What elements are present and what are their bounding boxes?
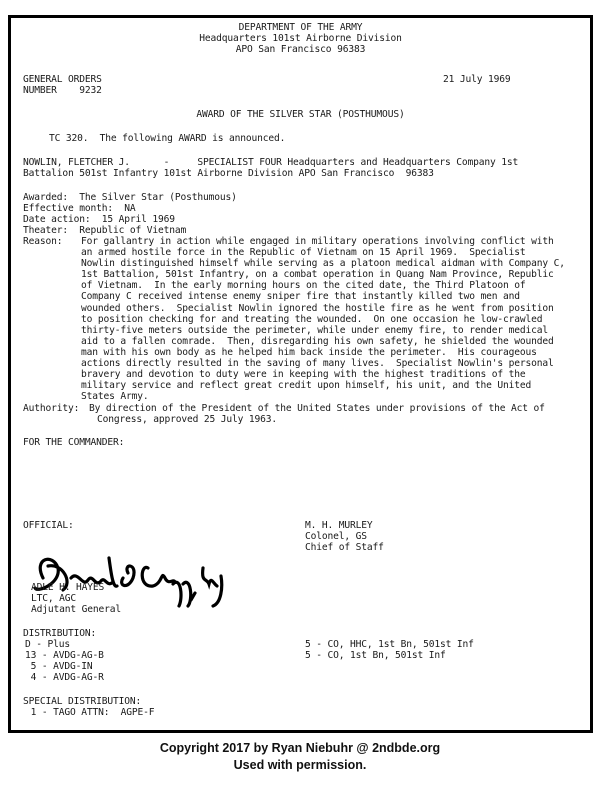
reason-line: of Vietnam. In the early morning hours o… [81,280,581,291]
general-orders-document: DEPARTMENT OF THE ARMY Headquarters 101s… [8,15,593,733]
theater-field: Theater: Republic of Vietnam [23,225,186,236]
special-distribution-label: SPECIAL DISTRIBUTION: [23,696,141,707]
reason-line: bravery and devotion to duty were in kee… [81,369,581,380]
reason-line: States Army. [81,391,581,402]
reason-text: For gallantry in action while engaged in… [81,236,581,402]
reason-label: Reason: [23,236,62,247]
distribution-right-1: 5 - CO, HHC, 1st Bn, 501st Inf [305,639,474,650]
reason-line: Company C received intense enemy sniper … [81,291,581,302]
announcement: TC 320. The following AWARD is announced… [49,133,285,144]
reason-line: man with his own body as he helped him b… [81,347,581,358]
official-label: OFFICIAL: [23,520,74,531]
authority-line-1: By direction of the President of the Uni… [89,403,545,414]
reason-line: an armed hostile force in the Republic o… [81,247,581,258]
for-the-commander: FOR THE COMMANDER: [23,437,124,448]
date-action-field: Date action: 15 April 1969 [23,214,175,225]
reason-line: thirty-five meters outside the perimeter… [81,325,581,336]
reason-line: aid to a fallen comrade. Then, disregard… [81,336,581,347]
awarded-field: Awarded: The Silver Star (Posthumous) [23,192,237,203]
general-orders-label: GENERAL ORDERS [23,74,102,85]
recipient-line-1: NOWLIN, FLETCHER J. - SPECIALIST FOUR He… [23,157,518,168]
reason-line: Nowlin distinguished himself while servi… [81,258,581,269]
order-date: 21 July 1969 [443,74,511,85]
distribution-left-1: D - Plus [25,639,70,650]
reason-line: For gallantry in action while engaged in… [81,236,581,247]
distribution-label: DISTRIBUTION: [23,628,96,639]
effective-month-field: Effective month: NA [23,203,136,214]
distribution-left-3: 5 - AVDG-IN [25,661,93,672]
distribution-left-4: 4 - AVDG-AG-R [25,672,104,683]
authority-line-2: Congress, approved 25 July 1963. [97,414,277,425]
reason-line: actions directly resulted in the saving … [81,358,581,369]
chief-rank: Colonel, GS [305,531,367,542]
chief-title: Chief of Staff [305,542,384,553]
adjutant-rank: LTC, AGC [31,593,76,604]
reason-line: to position checking for and treating th… [81,314,581,325]
header-headquarters: Headquarters 101st Airborne Division [11,33,590,44]
reason-line: 1st Battalion, 501st Infantry, on a comb… [81,269,581,280]
header-department: DEPARTMENT OF THE ARMY [11,22,590,33]
distribution-right-2: 5 - CO, 1st Bn, 501st Inf [305,650,446,661]
order-number: NUMBER 9232 [23,85,102,96]
authority-label: Authority: [23,403,79,414]
recipient-line-2: Battalion 501st Infantry 101st Airborne … [23,168,434,179]
copyright-line: Copyright 2017 by Ryan Niebuhr @ 2ndbde.… [0,740,600,757]
reason-line: wounded others. Specialist Nowlin ignore… [81,303,581,314]
header-apo: APO San Francisco 96383 [11,44,590,55]
special-distribution-item: 1 - TAGO ATTN: AGPE-F [25,707,154,718]
adjutant-name: ADLE H. HAYES [31,582,104,593]
distribution-left-2: 13 - AVDG-AG-B [25,650,104,661]
chief-name: M. H. MURLEY [305,520,373,531]
award-title: AWARD OF THE SILVER STAR (POSTHUMOUS) [11,109,590,120]
permission-line: Used with permission. [0,757,600,774]
reason-line: military service and reflect great credi… [81,380,581,391]
adjutant-title: Adjutant General [31,604,121,615]
